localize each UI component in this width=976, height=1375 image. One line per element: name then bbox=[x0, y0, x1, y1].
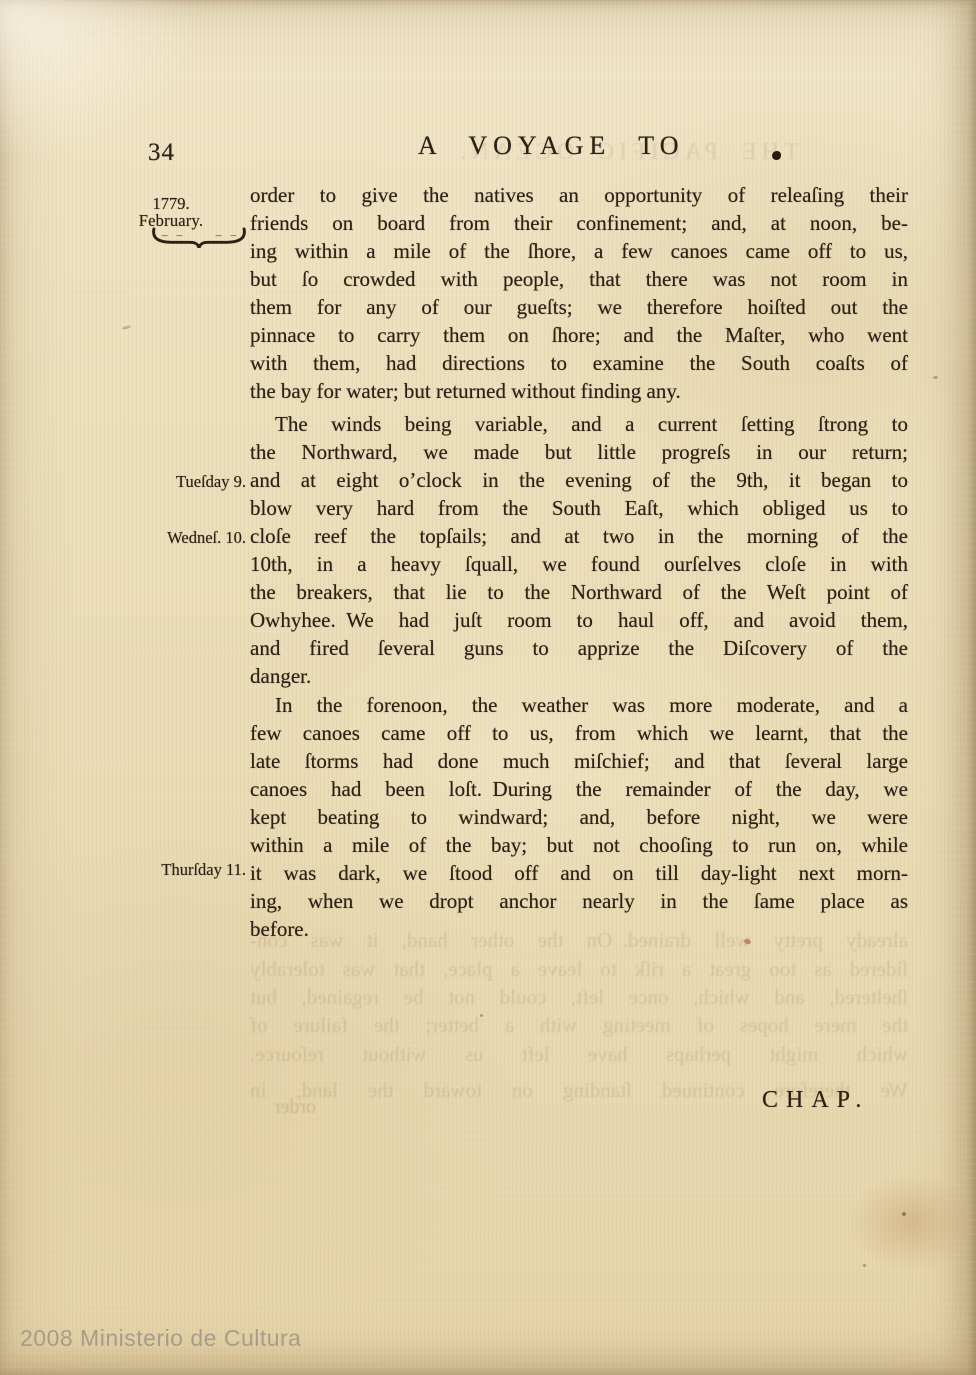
body-line: In the forenoon, the weather was more mo… bbox=[250, 691, 908, 719]
body-line: friends on board from their confinement;… bbox=[250, 209, 908, 237]
ink-spot-icon bbox=[772, 151, 781, 160]
body-line: cloſe reef the topſails; and at two in t… bbox=[250, 522, 908, 550]
body-line: the Northward, we made but little progre… bbox=[250, 438, 908, 466]
sidenote-tuesday: Tueſday 9. bbox=[80, 473, 246, 490]
paper-speck bbox=[480, 1014, 483, 1017]
watermark: 2008 Ministerio de Cultura bbox=[20, 1325, 301, 1352]
body-line: before. bbox=[250, 915, 908, 943]
body-line: the bay for water; but returned without … bbox=[250, 377, 908, 405]
paper-speck bbox=[122, 325, 131, 330]
body-line: but ſo crowded with people, that there w… bbox=[250, 265, 908, 293]
body-line: few canoes came off to us, from which we… bbox=[250, 719, 908, 747]
body-text: order to give the natives an opportunity… bbox=[250, 181, 908, 943]
body-line: pinnace to carry them on ſhore; and the … bbox=[250, 321, 908, 349]
paragraph: The winds being variable, and a current … bbox=[250, 410, 908, 690]
body-line: the breakers, that lie to the Northward … bbox=[250, 578, 908, 606]
paper-speck bbox=[902, 1212, 906, 1216]
body-line: it was dark, we ſtood off and on till da… bbox=[250, 859, 908, 887]
book-page: THE PACIFIC OCEAN.already pretty well dr… bbox=[0, 0, 976, 1375]
body-line: The winds being variable, and a current … bbox=[250, 410, 908, 438]
body-line: canoes had been loſt. During the remaind… bbox=[250, 775, 908, 803]
paper-speck bbox=[933, 376, 938, 379]
paragraph: order to give the natives an opportunity… bbox=[250, 181, 908, 405]
sidenote-year: 1779. bbox=[96, 195, 246, 212]
body-line: blow very hard from the South Eaſt, whic… bbox=[250, 494, 908, 522]
body-line: kept beating to windward; and, before ni… bbox=[250, 803, 908, 831]
sidenote-date: 1779. February. bbox=[96, 195, 246, 229]
body-line: and at eight o’clock in the evening of t… bbox=[250, 466, 908, 494]
body-line: ing, when we dropt anchor nearly in the … bbox=[250, 887, 908, 915]
body-line: danger. bbox=[250, 662, 908, 690]
body-line: 10th, in a heavy ſquall, we found ourſel… bbox=[250, 550, 908, 578]
body-line: within a mile of the bay; but not chooſi… bbox=[250, 831, 908, 859]
body-line: ing within a mile of the ſhore, a few ca… bbox=[250, 237, 908, 265]
body-line: order to give the natives an opportunity… bbox=[250, 181, 908, 209]
body-line: late ſtorms had done much miſchief; and … bbox=[250, 747, 908, 775]
body-line: Owhyhee. We had juſt room to haul off, a… bbox=[250, 606, 908, 634]
sidenote-wednesday: Wedneſ. 10. bbox=[80, 529, 246, 546]
underbrace-ornament-icon bbox=[150, 227, 248, 248]
catchword: CHAP. bbox=[762, 1087, 869, 1114]
body-line: with them, had directions to examine the… bbox=[250, 349, 908, 377]
paper-speck bbox=[863, 1264, 866, 1267]
body-line: and fired ſeveral guns to apprize the Di… bbox=[250, 634, 908, 662]
paragraph: In the forenoon, the weather was more mo… bbox=[250, 691, 908, 943]
sidenote-thursday: Thurſday 11. bbox=[80, 861, 246, 878]
page-number: 34 bbox=[148, 139, 175, 167]
body-line: them for any of our gueſts; we therefore… bbox=[250, 293, 908, 321]
running-title: A VOYAGE TO bbox=[418, 131, 684, 161]
